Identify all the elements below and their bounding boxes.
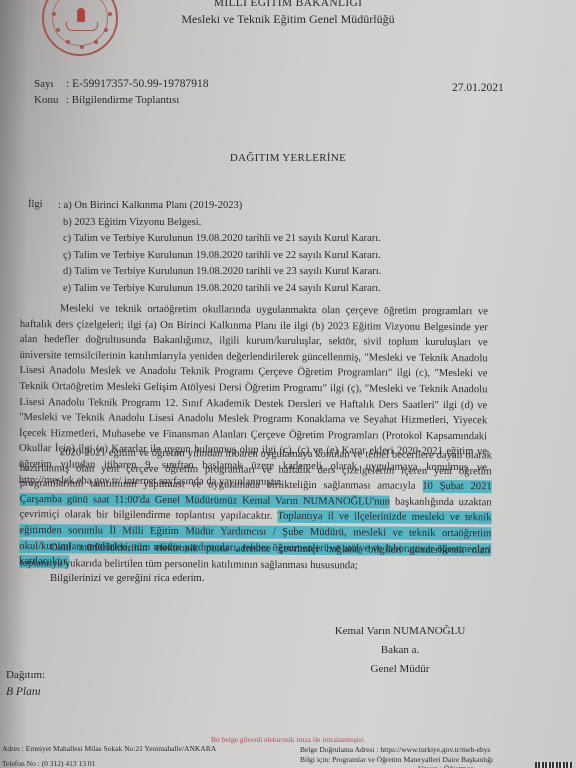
signatory-title: Genel Müdür — [330, 660, 470, 679]
distribution-value: B Planı — [6, 686, 41, 698]
reference-item: c) Talim ve Terbiye Kurulunun 19.08.2020… — [58, 231, 381, 248]
reference-item: b) 2023 Eğitim Vizyonu Belgesi. — [58, 215, 381, 232]
qr-code-icon — [535, 762, 573, 768]
signatory-name: Kemal Varın NUMANOĞLU — [330, 622, 470, 641]
reference-item: e) Talim ve Terbiye Kurulunun 19.08.2020… — [58, 281, 381, 298]
ministry-name: MİLLİ EĞİTİM BAKANLIĞI — [0, 0, 576, 9]
footer-info: Bilgi için: Programlar ve Öğretim Matery… — [300, 755, 493, 764]
signature-block: Kemal Varın NUMANOĞLU Bakan a. Genel Müd… — [330, 622, 470, 679]
secure-signature-note: Bu belge güvenli elektronik imza ile imz… — [0, 735, 576, 744]
reference-item: ç) Talim ve Terbiye Kurulunun 19.08.2020… — [58, 248, 381, 265]
closing-line: Bilgilerinizi ve gereğini rica ederim. — [50, 573, 204, 584]
department-name: Mesleki ve Teknik Eğitim Genel Müdürlüğü — [0, 12, 576, 27]
verification-link[interactable]: Belge Doğrulama Adresi : https://www.tur… — [300, 745, 490, 754]
footer-phone: Telefon No : (0 312) 413 13 01 — [2, 759, 95, 768]
body-paragraph-3: Okul müdürlüklerinin elektronik posta ad… — [20, 540, 490, 574]
sayi-value: : E-59917357-50.99-19787918 — [66, 78, 208, 90]
sayi-label: Sayı — [34, 78, 54, 90]
recipient-heading: DAĞITIM YERLERİNE — [0, 152, 576, 164]
footer-address: Adres : Emniyet Mahallesi Milas Sokak No… — [2, 744, 216, 753]
konu-label: Konu — [34, 94, 58, 106]
footer-title: Unvan : Öğretmen — [418, 764, 474, 768]
document-page: MİLLİ EĞİTİM BAKANLIĞI Mesleki ve Teknik… — [0, 0, 576, 768]
paragraph-text: 2020-2021 eğitim ve öğretim yılından iti… — [20, 447, 492, 492]
document-date: 27.01.2021 — [452, 82, 504, 94]
konu-value: : Bilgilendirme Toplantısı — [66, 94, 179, 106]
reference-item: d) Talim ve Terbiye Kurulunun 19.08.2020… — [58, 264, 381, 281]
reference-item: : a) On Birinci Kalkınma Planı (2019-202… — [58, 198, 381, 215]
distribution-label: Dağıtım: — [6, 669, 45, 681]
signatory-role: Bakan a. — [330, 641, 470, 660]
reference-list: : a) On Birinci Kalkınma Planı (2019-202… — [58, 198, 381, 297]
ilgi-label: İlgi — [28, 199, 43, 210]
